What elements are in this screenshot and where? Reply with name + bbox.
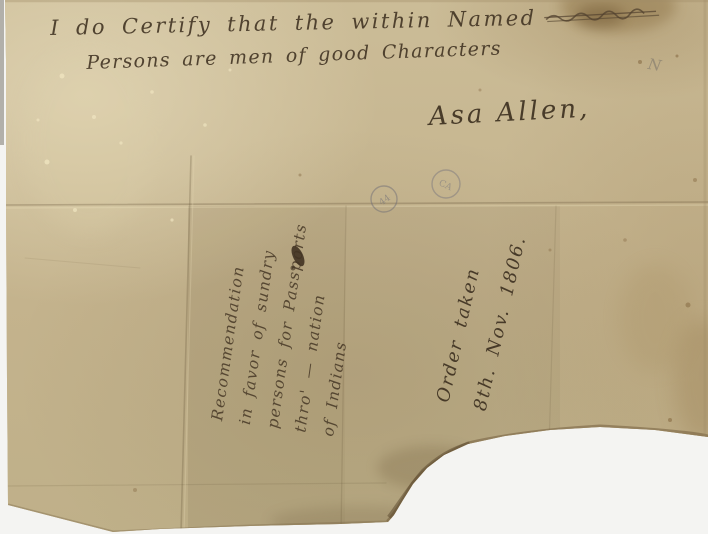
docket-text: Recommendation in favor of sundry person…	[203, 206, 372, 438]
scan-edge-shadow	[0, 0, 4, 145]
document-scan: 44 CA I do Certify that the within Named…	[0, 0, 708, 534]
struck-out-word	[544, 6, 662, 26]
